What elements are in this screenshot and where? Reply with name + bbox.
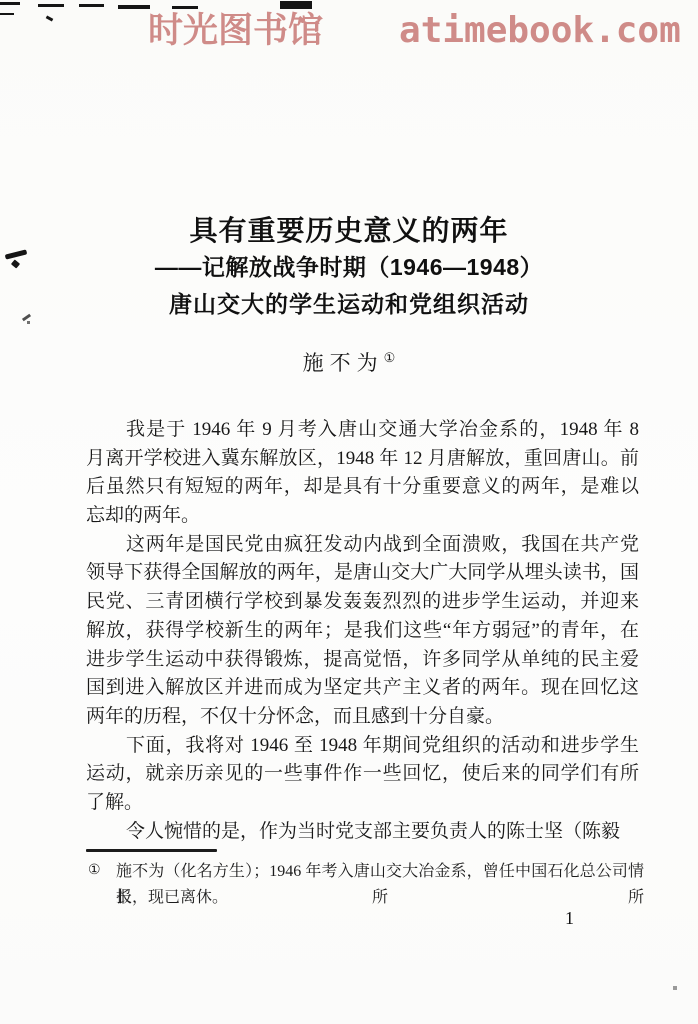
title-line-2: ——记解放战争时期（1946—1948） <box>0 249 698 286</box>
footnote-divider <box>86 849 217 852</box>
body-line: 了解。 <box>86 789 639 818</box>
scan-artifact-dash <box>172 6 198 9</box>
body-line: 两年的历程，不仅十分怀念，而且感到十分自豪。 <box>86 703 639 732</box>
body-line: 令人惋惜的是，作为当时党支部主要负责人的陈士坚（陈毅 <box>86 818 639 847</box>
body-line: 后虽然只有短短的两年，却是具有十分重要意义的两年，是难以 <box>86 473 639 502</box>
title-line-3: 唐山交大的学生运动和党组织活动 <box>0 286 698 323</box>
footnote-line: 施不为（化名方生）；1946 年考入唐山交大冶金系，曾任中国石化总公司情报所所 <box>116 859 644 885</box>
footnote: ① 施不为（化名方生）；1946 年考入唐山交大冶金系，曾任中国石化总公司情报所… <box>88 859 644 911</box>
article-body: 我是于 1946 年 9 月考入唐山交通大学冶金系的，1948 年 8 月离开学… <box>86 416 639 846</box>
watermark-latin-text: atimebook.com <box>399 9 681 53</box>
body-line: 下面，我将对 1946 至 1948 年期间党组织的活动和进步学生 <box>86 732 639 761</box>
body-line: 运动，就亲历亲见的一些事件作一些回忆，使后来的同学们有所 <box>86 760 639 789</box>
body-line: 解放，获得学校新生的两年；是我们这些“年方弱冠”的青年，在 <box>86 617 639 646</box>
author-name: 施不为 <box>303 351 384 375</box>
scan-artifact-dash <box>0 13 14 15</box>
body-line: 国到进入解放区并进而成为坚定共产主义者的两年。现在回忆这 <box>86 674 639 703</box>
body-line: 民党、三青团横行学校到暴发轰轰烈烈的进步学生运动，并迎来 <box>86 588 639 617</box>
scanned-document-page: 时光图书馆 atimebook.com 具有重要历史意义的两年 ——记解放战争时… <box>0 0 698 1024</box>
scan-artifact-dash <box>280 1 312 9</box>
watermark-cjk-text: 时光图书馆 <box>148 8 323 54</box>
scan-artifact-speck <box>673 986 677 990</box>
body-line: 领导下获得全国解放的两年，是唐山交大广大同学从埋头读书，国 <box>86 559 639 588</box>
author-footnote-ref: ① <box>384 350 396 365</box>
footnote-text: 施不为（化名方生）；1946 年考入唐山交大冶金系，曾任中国石化总公司情报所所 … <box>116 859 644 911</box>
body-line: 进步学生运动中获得锻炼，提高觉悟，许多同学从单纯的民主爱 <box>86 646 639 675</box>
article-title: 具有重要历史意义的两年 ——记解放战争时期（1946—1948） 唐山交大的学生… <box>0 212 698 323</box>
page-number: 1 <box>565 908 574 929</box>
scan-artifact-dash <box>38 4 64 7</box>
footnote-marker: ① <box>88 862 101 879</box>
scan-artifact-speck <box>46 16 54 22</box>
site-watermark: 时光图书馆 atimebook.com <box>148 8 681 54</box>
scan-artifact-dash <box>79 4 104 7</box>
author-byline: 施不为① <box>0 348 698 378</box>
body-line: 这两年是国民党由疯狂发动内战到全面溃败，我国在共产党 <box>86 531 639 560</box>
title-line-1: 具有重要历史意义的两年 <box>0 212 698 249</box>
body-line: 我是于 1946 年 9 月考入唐山交通大学冶金系的，1948 年 8 <box>86 416 639 445</box>
body-line: 月离开学校进入冀东解放区，1948 年 12 月唐解放，重回唐山。前 <box>86 445 639 474</box>
scan-artifact-dash <box>118 5 150 9</box>
scan-artifact-dash <box>0 2 20 5</box>
body-line: 忘却的两年。 <box>86 502 639 531</box>
